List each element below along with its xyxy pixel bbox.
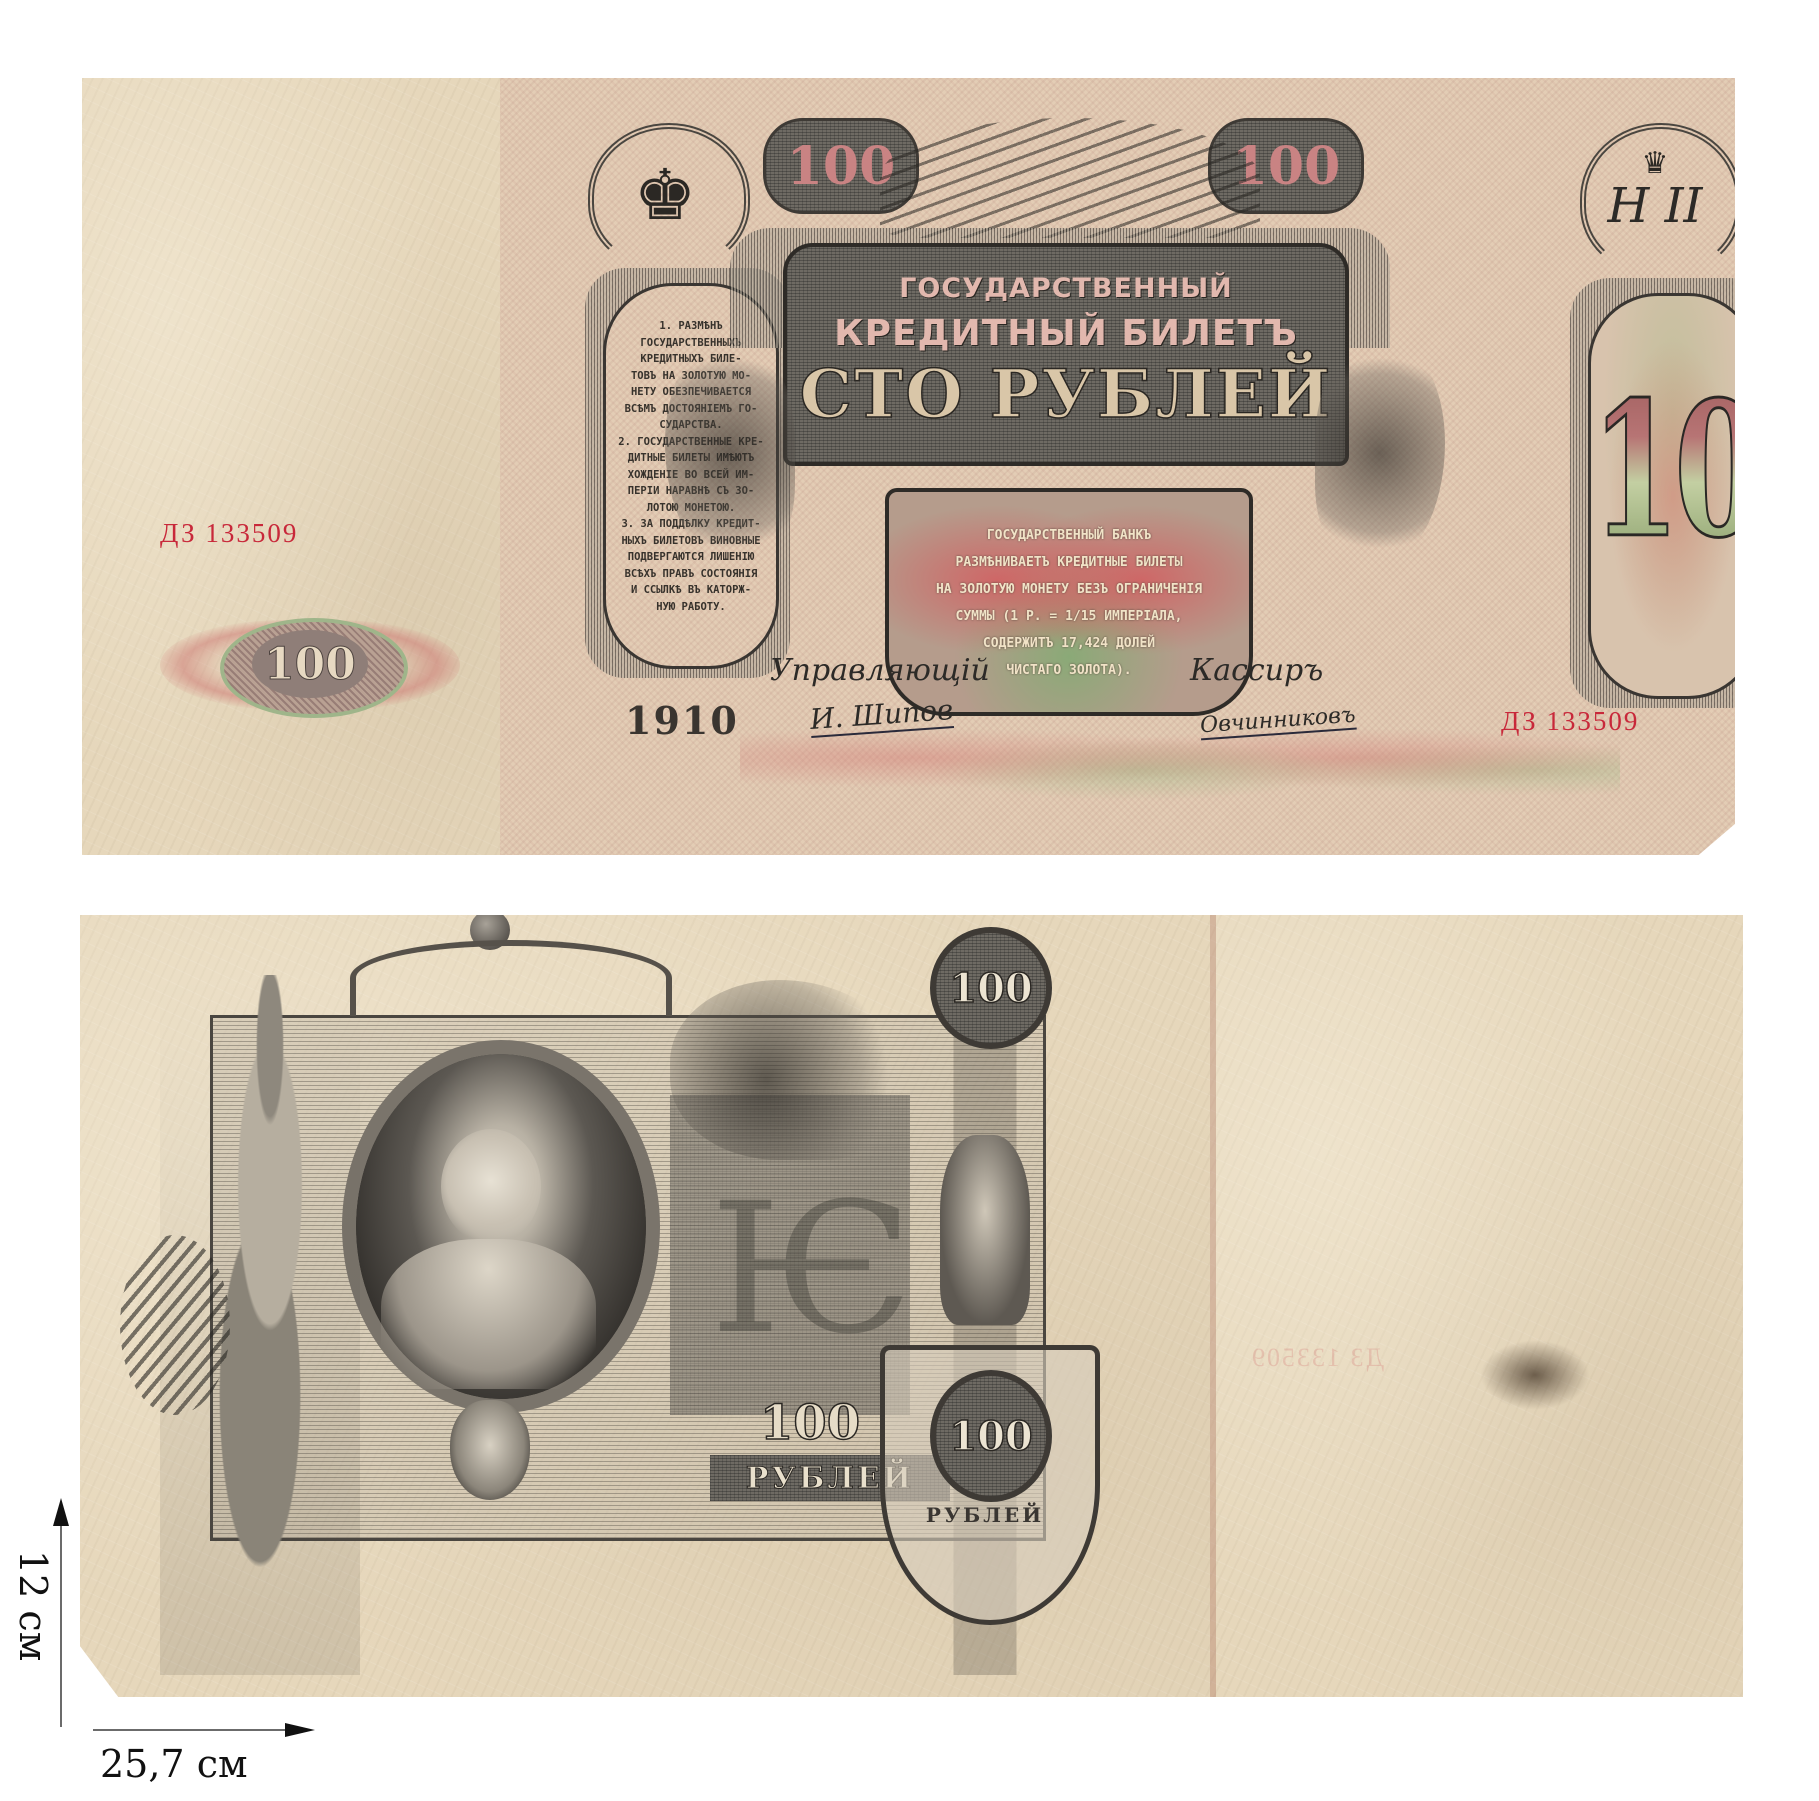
medusa-mask-ornament [450,1400,530,1500]
small-denomination-numeral: 100 [252,630,368,698]
width-label: 25,7 см [100,1742,248,1786]
fruit-cornucopia [670,980,910,1160]
title-line-hundred-rubles: СТО РУБЛЕЙ [787,355,1345,433]
ink-stain [1480,1340,1590,1410]
width-dimension-line [93,1729,293,1731]
double-headed-eagle-icon: ♚ [620,150,710,240]
banknote-front: ДЗ 133509 100 ♚ 100 100 ♛ Н II 1. РАЗМѢН… [82,78,1735,855]
front-blank-margin: ДЗ 133509 100 [82,78,500,855]
issue-year: 1910 [625,698,739,743]
cashier-label: Кассиръ [1190,653,1323,688]
urn-ornament [940,1135,1030,1325]
height-label: 12 см [11,1550,55,1661]
portrait-ermine-robe [381,1239,596,1389]
laurel-branch-ornament [120,1235,230,1415]
crown-icon: ♛ [1615,146,1695,181]
denomination-numeral-bottom: 100 [720,1395,900,1451]
height-dimension-line [60,1505,62,1727]
large-denomination-numeral: 100 [1591,355,1735,587]
denomination-medallion-bottom: 100 [930,1370,1052,1502]
serial-number-right: ДЗ 133509 [1501,706,1639,737]
serial-number-left: ДЗ 133509 [160,518,298,549]
manager-label: Управляющій [770,653,990,688]
portrait-oval-frame [342,1040,660,1413]
laurel-spray-ornament [880,118,1260,238]
width-arrow-icon [285,1723,315,1737]
height-arrow-icon [53,1498,69,1526]
back-engraved-design: Ѥ 100 РУБЛЕЙ 100 100 РУБЛЕЙ [80,915,1210,1697]
title-line-state: ГОСУДАРСТВЕННЫЙ [787,273,1345,304]
denomination-medallion-top: 100 [930,927,1052,1049]
currency-word-right: РУБЛЕЙ [880,1503,1090,1527]
title-panel: ГОСУДАРСТВЕННЫЙ КРЕДИТНЫЙ БИЛЕТЪ СТО РУБ… [783,243,1349,466]
imperial-monogram: Н II [1595,178,1715,234]
back-blank-margin: ДЗ 133509 [1210,915,1743,1697]
title-line-credit-note: КРЕДИТНЫЙ БИЛЕТЪ [787,313,1345,354]
front-engraved-design: ♚ 100 100 ♛ Н II 1. РАЗМѢНЪ ГОСУДАРСТВЕН… [500,78,1735,855]
fruit-cornucopia-right [1315,338,1445,568]
portrait-catherine-ii [356,1054,646,1399]
right-denomination-panel: 100 [1588,293,1735,699]
small-denomination-cartouche: 100 [160,600,460,725]
banknote-back: Ѥ 100 РУБЛЕЙ 100 100 РУБЛЕЙ [80,915,1743,1697]
portrait-face [441,1129,541,1244]
mirrored-serial-bleed: ДЗ 133509 [1250,1343,1384,1373]
top-scroll-ornament [350,940,672,1016]
watermark-monogram: Ѥ [710,1155,860,1385]
